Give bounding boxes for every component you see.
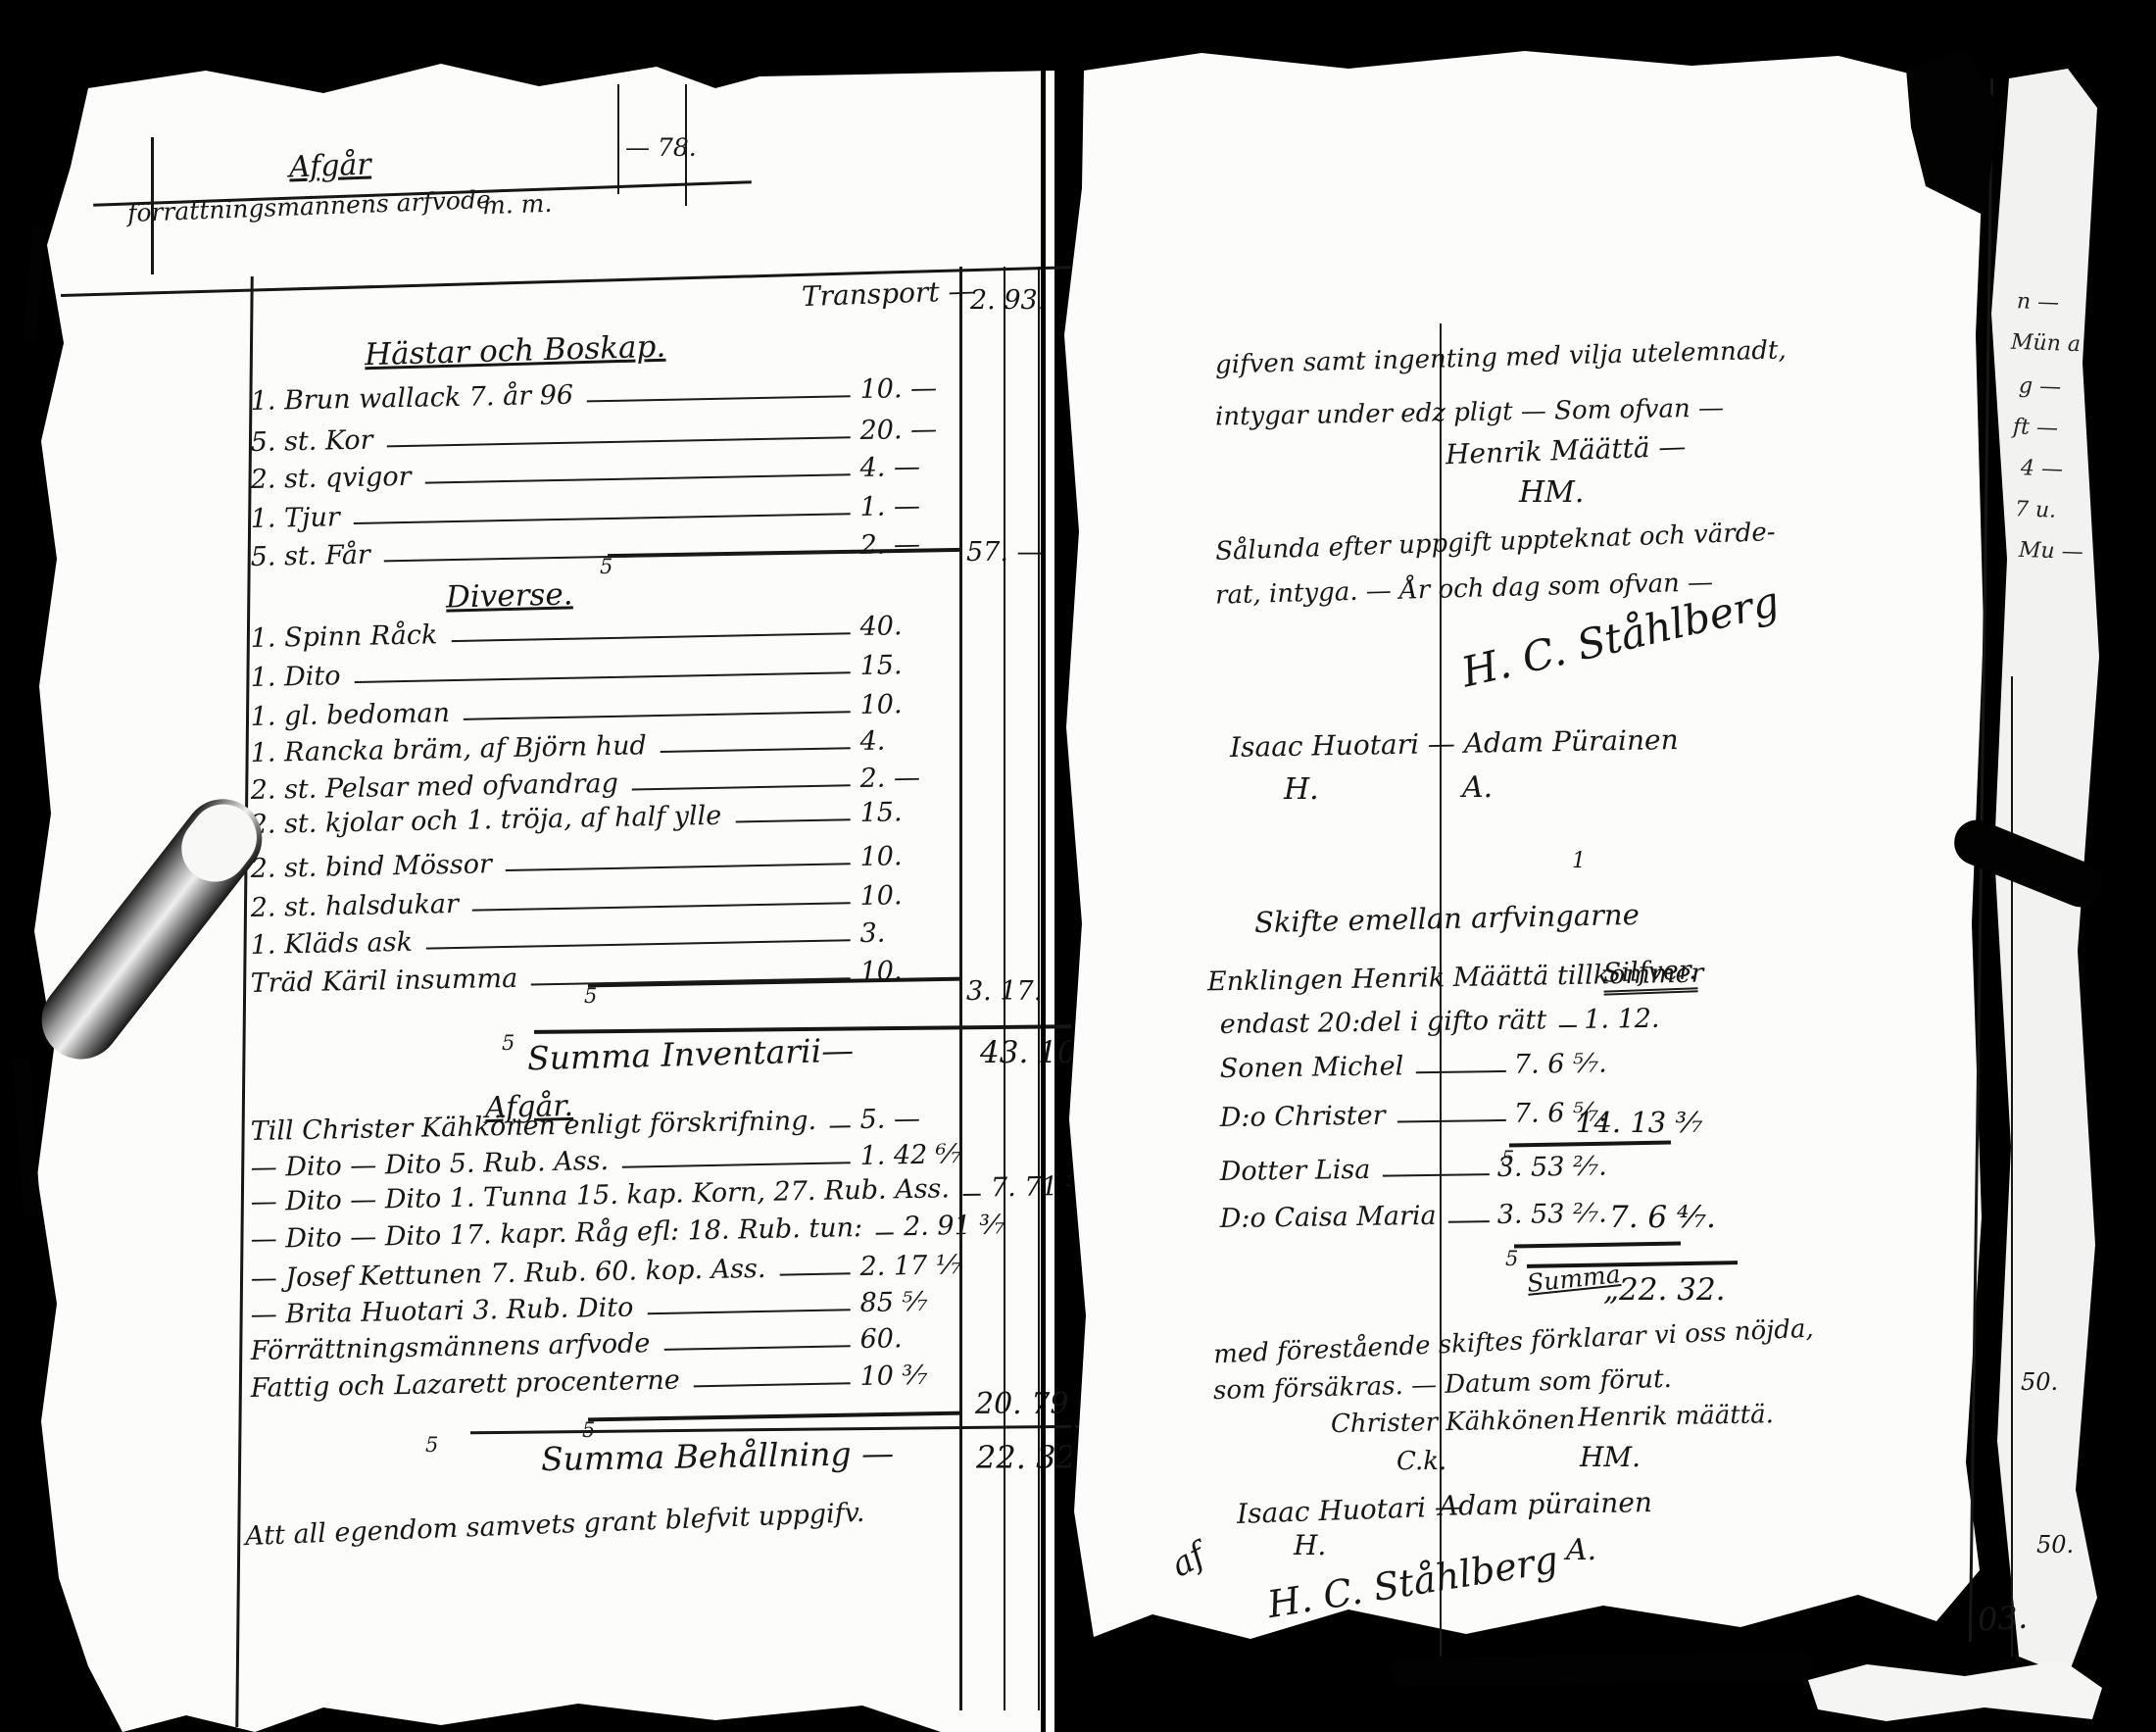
leader-line [451, 632, 850, 642]
text-fragment: n — [2017, 289, 2060, 315]
leader-line [464, 711, 851, 720]
heir-value: 7. 6 ⁵⁄₇. [1514, 1048, 1607, 1079]
closing-sig-mark-2: HM. [1580, 1441, 1641, 1473]
flourish-mark: 5 [502, 1031, 514, 1055]
item-value: 60. [859, 1322, 958, 1355]
leader-line [622, 1162, 851, 1167]
share-sum: 14. 13 ³⁄₇ [1576, 1106, 1703, 1139]
leader-line [647, 1309, 850, 1314]
heir-label: Dotter Lisa [1220, 1155, 1371, 1187]
margin-mark-03: 03. [1977, 1599, 2029, 1639]
heir-label: D:o Caisa Maria [1220, 1201, 1437, 1234]
leader-line [735, 818, 850, 822]
leader-line [587, 395, 851, 402]
closing-sig-name-1: Christer Kähkönen [1331, 1406, 1576, 1439]
leader-line [632, 784, 851, 790]
item-label: 2. st. bind Mössor [250, 849, 492, 884]
header-line-tail: m. m. [482, 189, 553, 220]
share-row: D:o Christer 7. 6 ⁵⁄₇. [1220, 1097, 1607, 1133]
item-value: 3. [859, 916, 958, 949]
flourish-mark: 5 [582, 1418, 595, 1442]
section-title-diverse: Diverse. [446, 576, 573, 615]
sliver-inner-line [2011, 676, 2013, 1657]
leader-line [1415, 1070, 1506, 1073]
archival-scan: Afgår förrättningsmännens arfvode m. m. … [0, 0, 2156, 1732]
item-value: 1. 42 ⁶⁄₇ [859, 1139, 958, 1171]
leader-line [963, 1194, 981, 1196]
edge-stain [23, 225, 46, 344]
item-value: 1. — [859, 490, 958, 522]
item-value: 2. 17 ¹⁄₇ [859, 1250, 958, 1282]
leader-line [1558, 1025, 1576, 1027]
item-value: 4. — [859, 451, 958, 483]
flourish-mark: 5 [1505, 1247, 1518, 1270]
item-value: 10. — [859, 372, 958, 405]
leader-line [426, 939, 851, 949]
item-value: 15. [859, 649, 958, 681]
share-sum: 7. 6 ⁴⁄₇. [1609, 1200, 1716, 1235]
leader-line [506, 863, 851, 871]
item-value: 2. — [859, 762, 958, 794]
text-fragment: 7 u. [2015, 497, 2057, 522]
leader-line [780, 1272, 851, 1275]
leader-line [384, 551, 851, 562]
leader-line [1448, 1220, 1490, 1223]
item-value: 10. [859, 879, 958, 912]
share-row: Dotter Lisa 3. 53 ²⁄₇. [1220, 1151, 1607, 1187]
item-value: 2. — [859, 528, 958, 561]
margin-mark-50a: 50. [2021, 1368, 2058, 1396]
leader-line [830, 1125, 851, 1127]
leader-line [1382, 1173, 1489, 1177]
item-value: 10. [859, 688, 958, 720]
text-fragment: Mu — [2019, 538, 2084, 565]
heir-label: Sonen Michel [1220, 1051, 1404, 1084]
share-row: D:o Caisa Maria 3. 53 ²⁄₇. [1220, 1198, 1607, 1234]
text-fragment: g — [2019, 373, 2062, 399]
text-fragment: ft — [2013, 415, 2059, 441]
item-label: 2. st. halsdukar [250, 889, 459, 923]
item-label: 1. Spinn Råck [250, 619, 437, 654]
skifte-summa-value: „22. 32. [1603, 1272, 1726, 1308]
text-fragment: 4 — [2021, 456, 2064, 481]
witness-mark-2: A. [1462, 770, 1493, 805]
item-label: 1. Brun wallack 7. år 96 [250, 380, 573, 417]
margin-mark-50b: 50. [2036, 1531, 2074, 1559]
item-label: 1. gl. bedoman [250, 698, 450, 732]
item-label: 2. st. qvigor [250, 462, 411, 495]
leader-line [354, 513, 851, 524]
leader-line [661, 747, 851, 753]
summa-behallning-value: 22. 32. [976, 1439, 1086, 1476]
page-title: Afgår [288, 148, 371, 185]
leader-line [876, 1232, 894, 1234]
gutter-line-left [1041, 0, 1046, 1732]
closing-sig-name-4: Adam pürainen [1439, 1486, 1652, 1522]
item-value: 10. [859, 955, 958, 987]
item-label: 5. st. Får [250, 540, 370, 572]
leader-line [694, 1382, 851, 1387]
item-label: 1. Dito [250, 661, 340, 693]
diverse-sum: 3. 17. [966, 976, 1042, 1007]
item-value: 40. [859, 610, 958, 642]
heir-label: endast 20:del i gifto rätt [1220, 1005, 1547, 1040]
item-label: 1. Kläds ask [250, 927, 413, 961]
share-row: endast 20:del i gifto rätt 1. 12. [1220, 1004, 1630, 1040]
afgar-sum: 20. 79. [975, 1387, 1078, 1421]
header-value: — 78. [625, 133, 697, 162]
item-label: 1. Tjur [250, 502, 340, 534]
transport-value: 2. 93. [970, 285, 1046, 316]
leader-line [355, 671, 851, 683]
item-value: 10 ³⁄₇ [859, 1360, 958, 1392]
livestock-sum: 57. — [966, 537, 1044, 568]
item-value: 2. 91 ³⁄₇ [904, 1210, 1003, 1242]
item-value: 20. — [859, 414, 958, 446]
item-value: 5. — [859, 1103, 958, 1135]
oath-signature-mark: HM. [1519, 475, 1584, 510]
leader-line [387, 436, 851, 447]
closing-sig-mark-1: C.k. [1396, 1447, 1446, 1476]
flourish-mark: 5 [584, 984, 597, 1008]
transport-label: Transport — [801, 274, 976, 313]
item-value: 10. [859, 840, 958, 872]
torn-strip-bottom [1808, 1660, 2102, 1723]
leader-line [531, 977, 850, 985]
flourish-mark: 5 [600, 555, 612, 578]
bottom-streak-blob [1392, 1651, 1813, 1688]
item-value: 4. [859, 724, 958, 757]
item-label: 5. st. Kor [250, 425, 372, 458]
item-label: Träd Käril insumma [250, 964, 517, 999]
flourish-mark: 5 [425, 1433, 438, 1457]
text-fragment: Mün a [2011, 330, 2082, 357]
leader-line [1397, 1119, 1506, 1123]
money-column-line-1 [959, 267, 962, 1710]
share-row: Sonen Michel 7. 6 ⁵⁄₇. [1220, 1048, 1607, 1084]
closing-sig-mark-4: A. [1566, 1533, 1596, 1567]
item-value: 85 ⁵⁄₇ [859, 1286, 958, 1318]
witness-mark-1: H. [1284, 772, 1319, 807]
closing-sig-mark-3: H. [1294, 1529, 1326, 1561]
stray-note: 1 [1572, 849, 1586, 873]
flourish-mark: 5 [1501, 1147, 1514, 1170]
item-value: 15. [859, 796, 958, 828]
leader-line [425, 473, 851, 483]
silfver-column-head: Silfver. [1602, 955, 1697, 995]
heir-value: 3. 53 ²⁄₇. [1497, 1198, 1607, 1230]
leader-line [472, 902, 851, 911]
heir-value: 1. 12. [1584, 1004, 1660, 1035]
closing-sig-name-2: Henrik määttä. [1578, 1400, 1774, 1432]
leader-line [663, 1345, 850, 1351]
header-col-line-a [617, 84, 619, 194]
heir-label: D:o Christer [1220, 1101, 1386, 1133]
edge-stain [12, 1059, 40, 1216]
